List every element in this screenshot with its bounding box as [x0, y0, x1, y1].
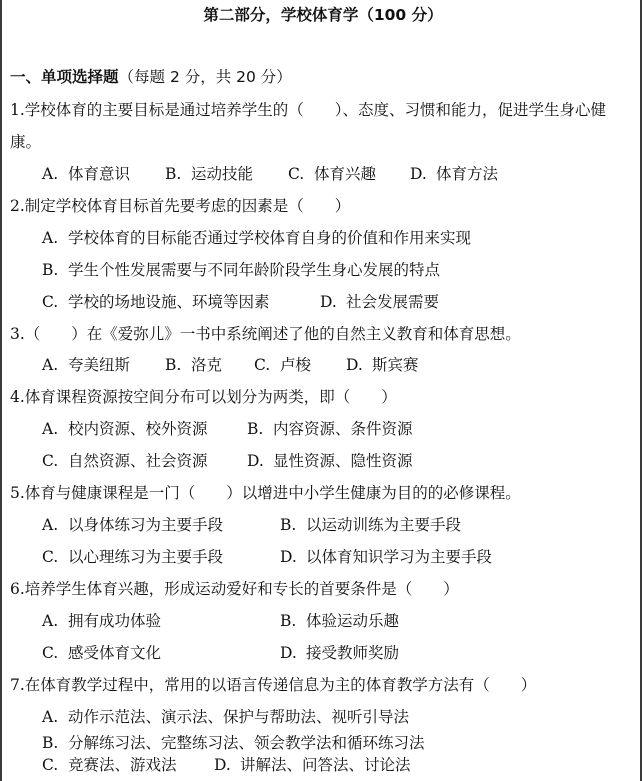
option-text: 学生个性发展需要与不同年龄阶段学生身心发展的特点	[68, 261, 440, 279]
section-heading-label: 一、单项选择题	[10, 68, 119, 86]
option-letter: A.	[42, 228, 68, 248]
page-title: 第二部分，学校体育学（100 分）	[2, 5, 642, 25]
question-6-option-b[interactable]: B.体验运动乐趣	[280, 611, 399, 631]
option-text: 内容资源、条件资源	[273, 420, 413, 438]
option-text: 以运动训练为主要手段	[306, 516, 461, 534]
question-2-option-c[interactable]: C.学校的场地设施、环境等因素	[42, 292, 270, 312]
option-text: 以体育知识学习为主要手段	[306, 548, 492, 566]
question-1-option-b[interactable]: B.运动技能	[165, 164, 253, 184]
question-2-option-a[interactable]: A.学校体育的目标能否通过学校体育自身的价值和作用来实现	[42, 228, 471, 248]
question-2-options-row2: B.学生个性发展需要与不同年龄阶段学生身心发展的特点	[2, 260, 642, 280]
question-5-option-a[interactable]: A.以身体练习为主要手段	[42, 515, 223, 535]
question-4-option-d[interactable]: D.显性资源、隐性资源	[247, 451, 413, 471]
question-1-stem: 1.学校体育的主要目标是通过培养学生的（ ）、态度、习惯和能力，促进学生身心健	[10, 100, 606, 120]
option-text: 显性资源、隐性资源	[273, 452, 413, 470]
option-letter: D.	[214, 755, 240, 775]
question-3-option-b[interactable]: B.洛克	[165, 355, 222, 375]
option-letter: A.	[42, 611, 68, 631]
option-letter: D.	[280, 643, 306, 663]
question-7-options-row1: A.动作示范法、演示法、保护与帮助法、视听引导法	[2, 707, 642, 727]
question-5-options-row2: C.以心理练习为主要手段 D.以体育知识学习为主要手段	[2, 547, 642, 567]
question-1-option-c[interactable]: C.体育兴趣	[288, 164, 376, 184]
option-letter: A.	[42, 164, 68, 184]
option-letter: A.	[42, 419, 68, 439]
option-letter: B.	[247, 419, 273, 439]
question-5-option-c[interactable]: C.以心理练习为主要手段	[42, 547, 223, 567]
option-letter: D.	[346, 355, 372, 375]
option-letter: D.	[410, 164, 436, 184]
option-letter: B.	[280, 515, 306, 535]
option-text: 自然资源、社会资源	[68, 452, 208, 470]
question-5-option-d[interactable]: D.以体育知识学习为主要手段	[280, 547, 492, 567]
question-3-option-a[interactable]: A.夸美纽斯	[42, 355, 130, 375]
option-letter: A.	[42, 355, 68, 375]
option-text: 体验运动乐趣	[306, 612, 399, 630]
option-letter: B.	[42, 733, 68, 753]
option-text: 以心理练习为主要手段	[68, 548, 223, 566]
option-text: 社会发展需要	[346, 293, 439, 311]
option-text: 感受体育文化	[68, 644, 161, 662]
option-letter: C.	[42, 292, 68, 312]
option-letter: D.	[320, 292, 346, 312]
question-3-option-c[interactable]: C.卢梭	[254, 355, 311, 375]
question-4-option-a[interactable]: A.校内资源、校外资源	[42, 419, 208, 439]
option-letter: B.	[42, 260, 68, 280]
section-heading: 一、单项选择题（每题 2 分，共 20 分）	[10, 67, 292, 87]
option-text: 卢梭	[280, 356, 311, 374]
question-1-stem-cont: 康。	[10, 132, 41, 152]
option-text: 体育方法	[436, 165, 498, 183]
question-7-options-row2: B.分解练习法、完整练习法、领会教学法和循环练习法	[2, 733, 642, 753]
question-6-stem: 6.培养学生体育兴趣，形成运动爱好和专长的首要条件是（ ）	[10, 579, 459, 599]
question-6-option-a[interactable]: A.拥有成功体验	[42, 611, 161, 631]
option-letter: A.	[42, 515, 68, 535]
question-3-option-d[interactable]: D.斯宾赛	[346, 355, 419, 375]
question-7-option-a[interactable]: A.动作示范法、演示法、保护与帮助法、视听引导法	[42, 707, 409, 727]
question-4-options-row1: A.校内资源、校外资源 B.内容资源、条件资源	[2, 419, 642, 439]
option-letter: D.	[247, 451, 273, 471]
option-letter: C.	[42, 547, 68, 567]
question-2-options-row1: A.学校体育的目标能否通过学校体育自身的价值和作用来实现	[2, 228, 642, 248]
question-2-options-row3: C.学校的场地设施、环境等因素 D.社会发展需要	[2, 292, 642, 312]
option-letter: C.	[42, 451, 68, 471]
question-1-option-a[interactable]: A.体育意识	[42, 164, 130, 184]
question-6-options-row2: C.感受体育文化 D.接受教师奖励	[2, 643, 642, 663]
exam-page: 第二部分，学校体育学（100 分） 一、单项选择题（每题 2 分，共 20 分）…	[0, 0, 642, 781]
option-text: 运动技能	[191, 165, 253, 183]
question-6-option-d[interactable]: D.接受教师奖励	[280, 643, 399, 663]
question-7-stem: 7.在体育教学过程中，常用的以语言传递信息为主的体育教学方法有（ ）	[10, 675, 536, 695]
question-2-stem: 2.制定学校体育目标首先要考虑的因素是（ ）	[10, 196, 350, 216]
question-5-stem: 5.体育与健康课程是一门（ ）以增进中小学生健康为目的的必修课程。	[10, 483, 521, 503]
section-heading-note: （每题 2 分，共 20 分）	[119, 68, 292, 86]
option-text: 拥有成功体验	[68, 612, 161, 630]
option-text: 以身体练习为主要手段	[68, 516, 223, 534]
question-4-options-row2: C.自然资源、社会资源 D.显性资源、隐性资源	[2, 451, 642, 471]
question-6-option-c[interactable]: C.感受体育文化	[42, 643, 161, 663]
option-letter: B.	[165, 355, 191, 375]
option-text: 洛克	[191, 356, 222, 374]
question-7-option-c[interactable]: C.竞赛法、游戏法	[42, 755, 177, 775]
option-text: 动作示范法、演示法、保护与帮助法、视听引导法	[68, 708, 409, 726]
option-letter: B.	[280, 611, 306, 631]
question-2-option-b[interactable]: B.学生个性发展需要与不同年龄阶段学生身心发展的特点	[42, 260, 440, 280]
question-3-options: A.夸美纽斯 B.洛克 C.卢梭 D.斯宾赛	[2, 355, 642, 375]
question-4-option-b[interactable]: B.内容资源、条件资源	[247, 419, 413, 439]
option-text: 接受教师奖励	[306, 644, 399, 662]
option-text: 体育意识	[68, 165, 130, 183]
option-letter: D.	[280, 547, 306, 567]
option-text: 斯宾赛	[372, 356, 419, 374]
option-letter: B.	[165, 164, 191, 184]
question-3-stem: 3.（ ）在《爱弥儿》一书中系统阐述了他的自然主义教育和体育思想。	[10, 324, 521, 344]
option-text: 体育兴趣	[314, 165, 376, 183]
question-1-options: A.体育意识 B.运动技能 C.体育兴趣 D.体育方法	[2, 164, 642, 184]
option-letter: C.	[42, 643, 68, 663]
question-6-options-row1: A.拥有成功体验 B.体验运动乐趣	[2, 611, 642, 631]
question-2-option-d[interactable]: D.社会发展需要	[320, 292, 439, 312]
question-7-options-row3: C.竞赛法、游戏法 D.讲解法、问答法、讨论法	[2, 755, 642, 775]
question-4-option-c[interactable]: C.自然资源、社会资源	[42, 451, 208, 471]
option-text: 学校体育的目标能否通过学校体育自身的价值和作用来实现	[68, 229, 471, 247]
option-text: 分解练习法、完整练习法、领会教学法和循环练习法	[68, 734, 425, 752]
question-4-stem: 4.体育课程资源按空间分布可以划分为两类，即（ ）	[10, 387, 397, 407]
option-letter: C.	[254, 355, 280, 375]
question-1-option-d[interactable]: D.体育方法	[410, 164, 498, 184]
question-5-options-row1: A.以身体练习为主要手段 B.以运动训练为主要手段	[2, 515, 642, 535]
option-letter: A.	[42, 707, 68, 727]
option-text: 竞赛法、游戏法	[68, 756, 177, 774]
question-7-option-d[interactable]: D.讲解法、问答法、讨论法	[214, 755, 411, 775]
option-letter: C.	[288, 164, 314, 184]
option-text: 校内资源、校外资源	[68, 420, 208, 438]
option-text: 学校的场地设施、环境等因素	[68, 293, 270, 311]
question-5-option-b[interactable]: B.以运动训练为主要手段	[280, 515, 461, 535]
question-7-option-b[interactable]: B.分解练习法、完整练习法、领会教学法和循环练习法	[42, 733, 425, 753]
option-text: 讲解法、问答法、讨论法	[240, 756, 411, 774]
option-text: 夸美纽斯	[68, 356, 130, 374]
option-letter: C.	[42, 755, 68, 775]
